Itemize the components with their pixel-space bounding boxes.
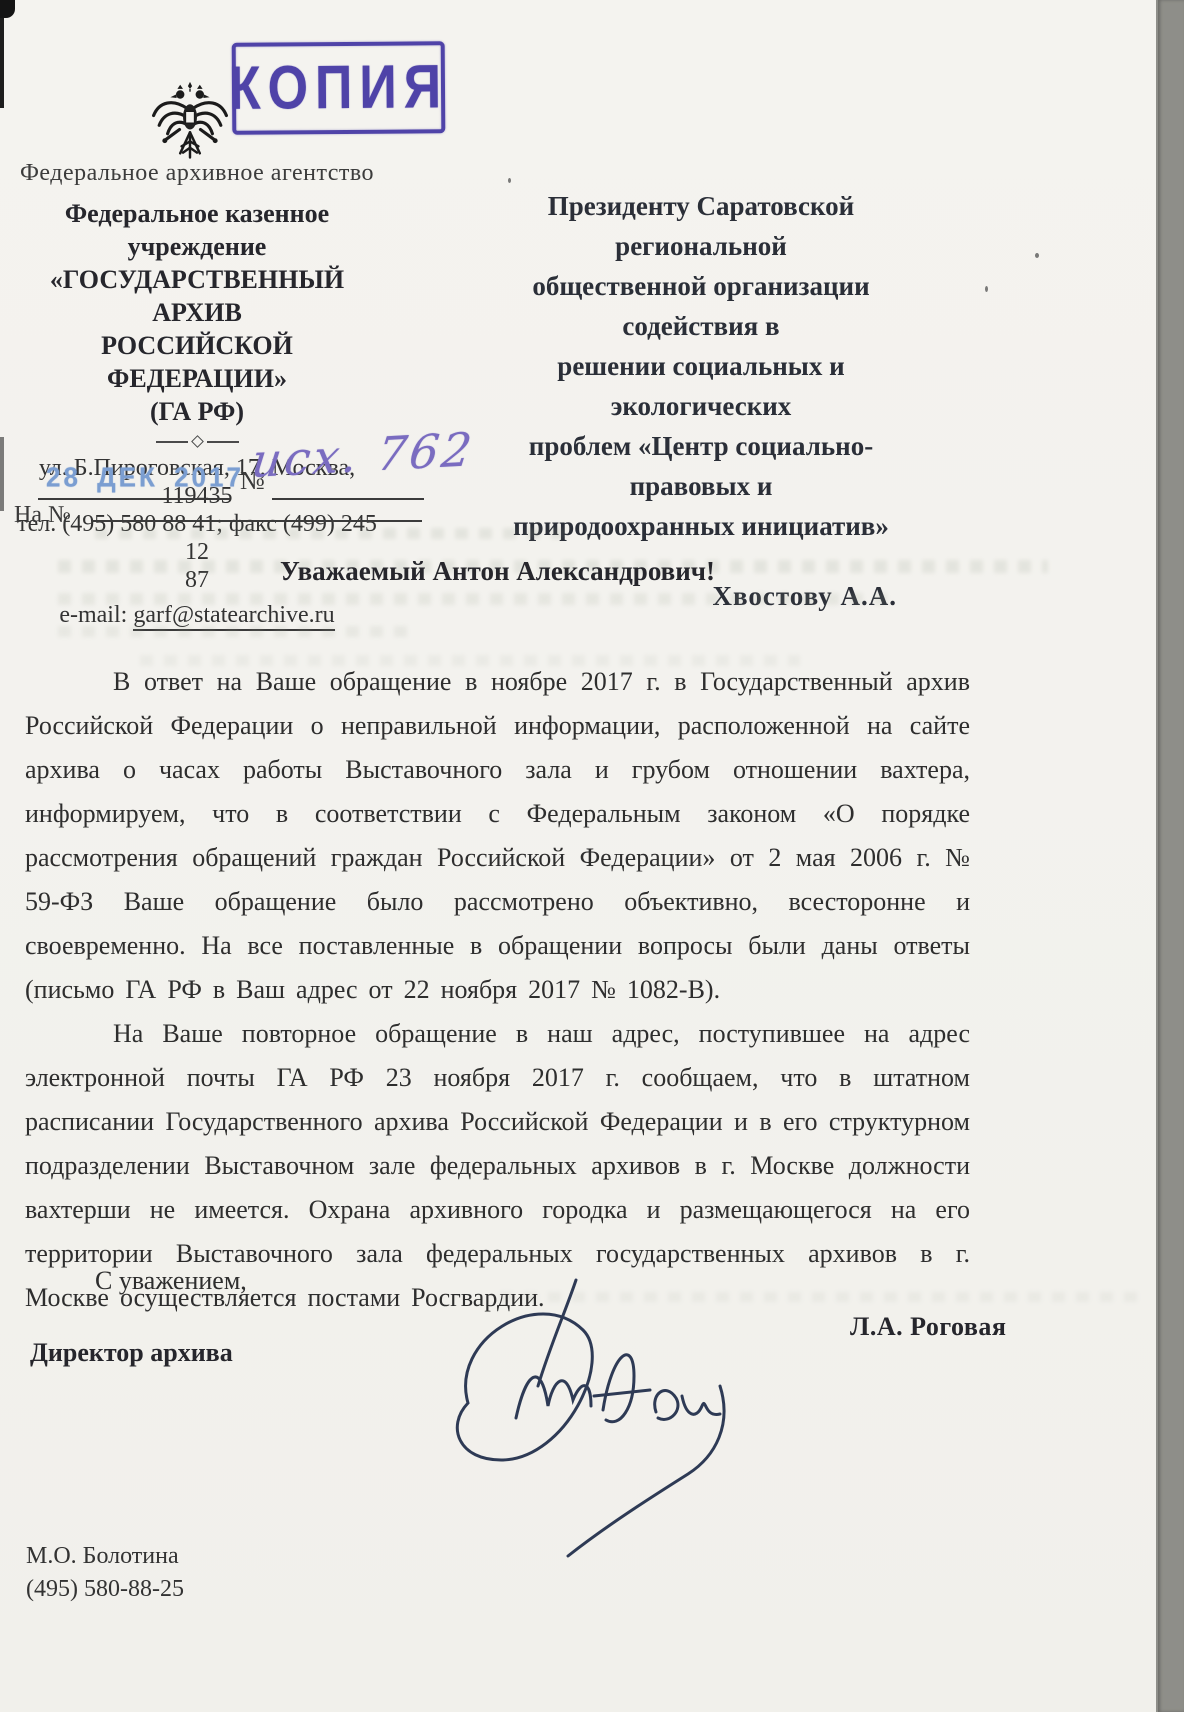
handwritten-outgoing-number: исх. 762 xyxy=(249,422,478,488)
recipient-line-1: Президенту Саратовской региональной xyxy=(505,186,897,266)
signer-name: Л.А. Роговая xyxy=(850,1312,1007,1342)
executor-phone: (495) 580-88-25 xyxy=(26,1573,184,1606)
date-stamp: 28 ДЕК 2017 xyxy=(46,461,244,494)
signer-position: Директор архива xyxy=(30,1338,233,1368)
sender-org-name-2: РОССИЙСКОЙ ФЕДЕРАЦИИ» xyxy=(12,329,382,395)
diamond-ornament-icon xyxy=(191,435,204,448)
paragraph-1: В ответ на Ваше обращение в ноябре 2017 … xyxy=(25,660,970,1012)
number-underline xyxy=(272,498,424,500)
scan-edge-left-mid xyxy=(0,437,4,511)
scan-edge-right xyxy=(1156,0,1184,1712)
scanned-letter-page: КОПИЯ xyxy=(0,0,1184,1712)
executor-block: М.О. Болотина (495) 580-88-25 xyxy=(26,1540,184,1606)
recipient-line-3: решении социальных и экологических xyxy=(505,346,897,426)
copy-stamp: КОПИЯ xyxy=(232,41,446,134)
reply-underline xyxy=(92,520,422,522)
signature-ink xyxy=(398,1268,788,1568)
email-label: e-mail: xyxy=(59,602,133,628)
recipient-block: Президенту Саратовской региональной обще… xyxy=(505,186,897,616)
closing-regards: С уважением, xyxy=(95,1266,247,1296)
scan-speck xyxy=(1035,253,1039,258)
sender-agency: Федеральное архивное агентство xyxy=(12,160,382,187)
sender-org-name-1: «ГОСУДАРСТВЕННЫЙ АРХИВ xyxy=(12,263,382,329)
copy-stamp-label: КОПИЯ xyxy=(229,52,449,124)
bleed-through-line xyxy=(95,528,565,539)
scan-speck xyxy=(985,286,988,292)
date-underline xyxy=(38,498,230,500)
executor-name: М.О. Болотина xyxy=(26,1540,184,1573)
double-headed-eagle-icon xyxy=(148,80,232,172)
sender-org-type: Федеральное казенное учреждение xyxy=(12,197,382,263)
recipient-line-4: проблем «Центр социально-правовых и xyxy=(505,426,897,506)
sender-org-abbr: (ГА РФ) xyxy=(12,395,382,428)
recipient-line-5: природоохранных инициатив» xyxy=(505,506,897,546)
bleed-through-line xyxy=(58,626,408,637)
sender-email-row: e-mail: garf@statearchive.ru xyxy=(12,602,382,629)
reply-to-label: На № xyxy=(14,502,71,529)
letter-body: В ответ на Ваше обращение в ноябре 2017 … xyxy=(25,660,970,1320)
bleed-through-line xyxy=(58,593,898,605)
salutation: Уважаемый Антон Александрович! xyxy=(25,556,970,587)
scan-corner-artifact xyxy=(0,0,15,18)
scan-speck xyxy=(508,178,511,183)
recipient-line-2: общественной организации содействия в xyxy=(505,266,897,346)
